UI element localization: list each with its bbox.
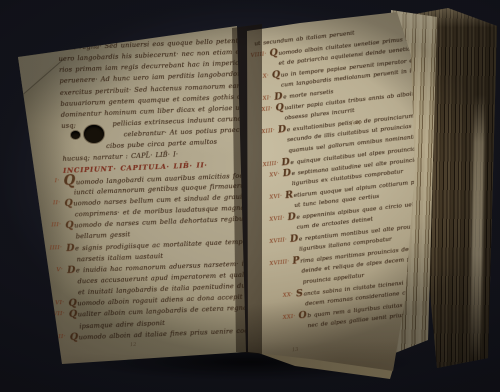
chapter-numeral: VII· bbox=[43, 311, 65, 318]
decorated-initial: Q bbox=[69, 312, 78, 318]
decorated-initial: D bbox=[290, 236, 299, 243]
decorated-initial: Q bbox=[68, 301, 77, 307]
decorated-initial: D bbox=[274, 94, 283, 101]
chapter-numeral: I· bbox=[37, 178, 59, 185]
chapter-numeral: XVIII· bbox=[264, 237, 288, 245]
chapter-numeral: III· bbox=[39, 222, 61, 229]
chapter-numeral: V· bbox=[41, 267, 63, 274]
fore-edge-highlight bbox=[470, 95, 486, 360]
chapter-numeral: XIII· bbox=[252, 128, 276, 136]
chapter-numeral: XVI· bbox=[259, 193, 283, 201]
chapter-numeral: XV· bbox=[257, 172, 281, 180]
decorated-initial: D bbox=[287, 214, 296, 221]
decorated-initial: Q bbox=[70, 334, 79, 340]
decorated-initial: Q bbox=[63, 177, 75, 183]
chapter-numeral: XI· bbox=[248, 95, 272, 103]
decorated-initial: P bbox=[292, 258, 300, 265]
chapter-numeral: VI· bbox=[42, 300, 64, 307]
decorated-initial: Q bbox=[272, 72, 281, 79]
decorated-initial: Q bbox=[275, 105, 284, 112]
decorated-initial: D bbox=[67, 267, 75, 273]
right-page-text: ut secundum ab italiam peruenitVIIII·Quo… bbox=[268, 24, 442, 335]
decorated-initial: D bbox=[278, 127, 287, 134]
chapter-numeral: XX· bbox=[270, 292, 294, 300]
line-text: cibos pube circa parte amultos bbox=[106, 138, 217, 150]
decorated-initial: O bbox=[298, 312, 307, 319]
marginal-note: ſcāp bbox=[351, 119, 362, 126]
folio-mark: 13 bbox=[292, 347, 299, 353]
chapter-numeral: XVIIII· bbox=[266, 259, 290, 267]
chapter-numeral: XVII· bbox=[261, 215, 285, 223]
line-text: bellarum gessit bbox=[76, 231, 131, 241]
decorated-initial: D bbox=[66, 245, 74, 251]
chapter-numeral: VIIII· bbox=[243, 51, 267, 59]
chapter-numeral: XXI· bbox=[272, 314, 296, 322]
decorated-initial: D bbox=[282, 170, 291, 177]
chapter-numeral: IIII· bbox=[40, 245, 62, 252]
parchment-hole-large bbox=[84, 125, 104, 143]
decorated-initial: Q bbox=[269, 50, 278, 57]
decorated-initial: D bbox=[281, 159, 290, 166]
line-text: hucusq; narratur : CAPL̄· LIB̄· I· bbox=[62, 151, 178, 164]
decorated-initial: Q bbox=[64, 201, 73, 207]
manuscript-photo: ut secundum ab italiam peruenitVIIII·Quo… bbox=[0, 0, 500, 392]
folio-mark: 12 bbox=[130, 342, 137, 348]
chapter-numeral: XII· bbox=[249, 106, 273, 114]
chapter-numeral: XIIII· bbox=[255, 161, 279, 169]
decorated-initial: Q bbox=[65, 223, 74, 229]
decorated-initial: R bbox=[285, 192, 294, 199]
chapter-numeral: II· bbox=[38, 200, 60, 207]
left-page-text: nouit regna· Sed uniuersi eos quoque bel… bbox=[58, 36, 260, 344]
chapter-numeral: X· bbox=[246, 73, 270, 81]
parchment-hole-small bbox=[71, 131, 80, 139]
